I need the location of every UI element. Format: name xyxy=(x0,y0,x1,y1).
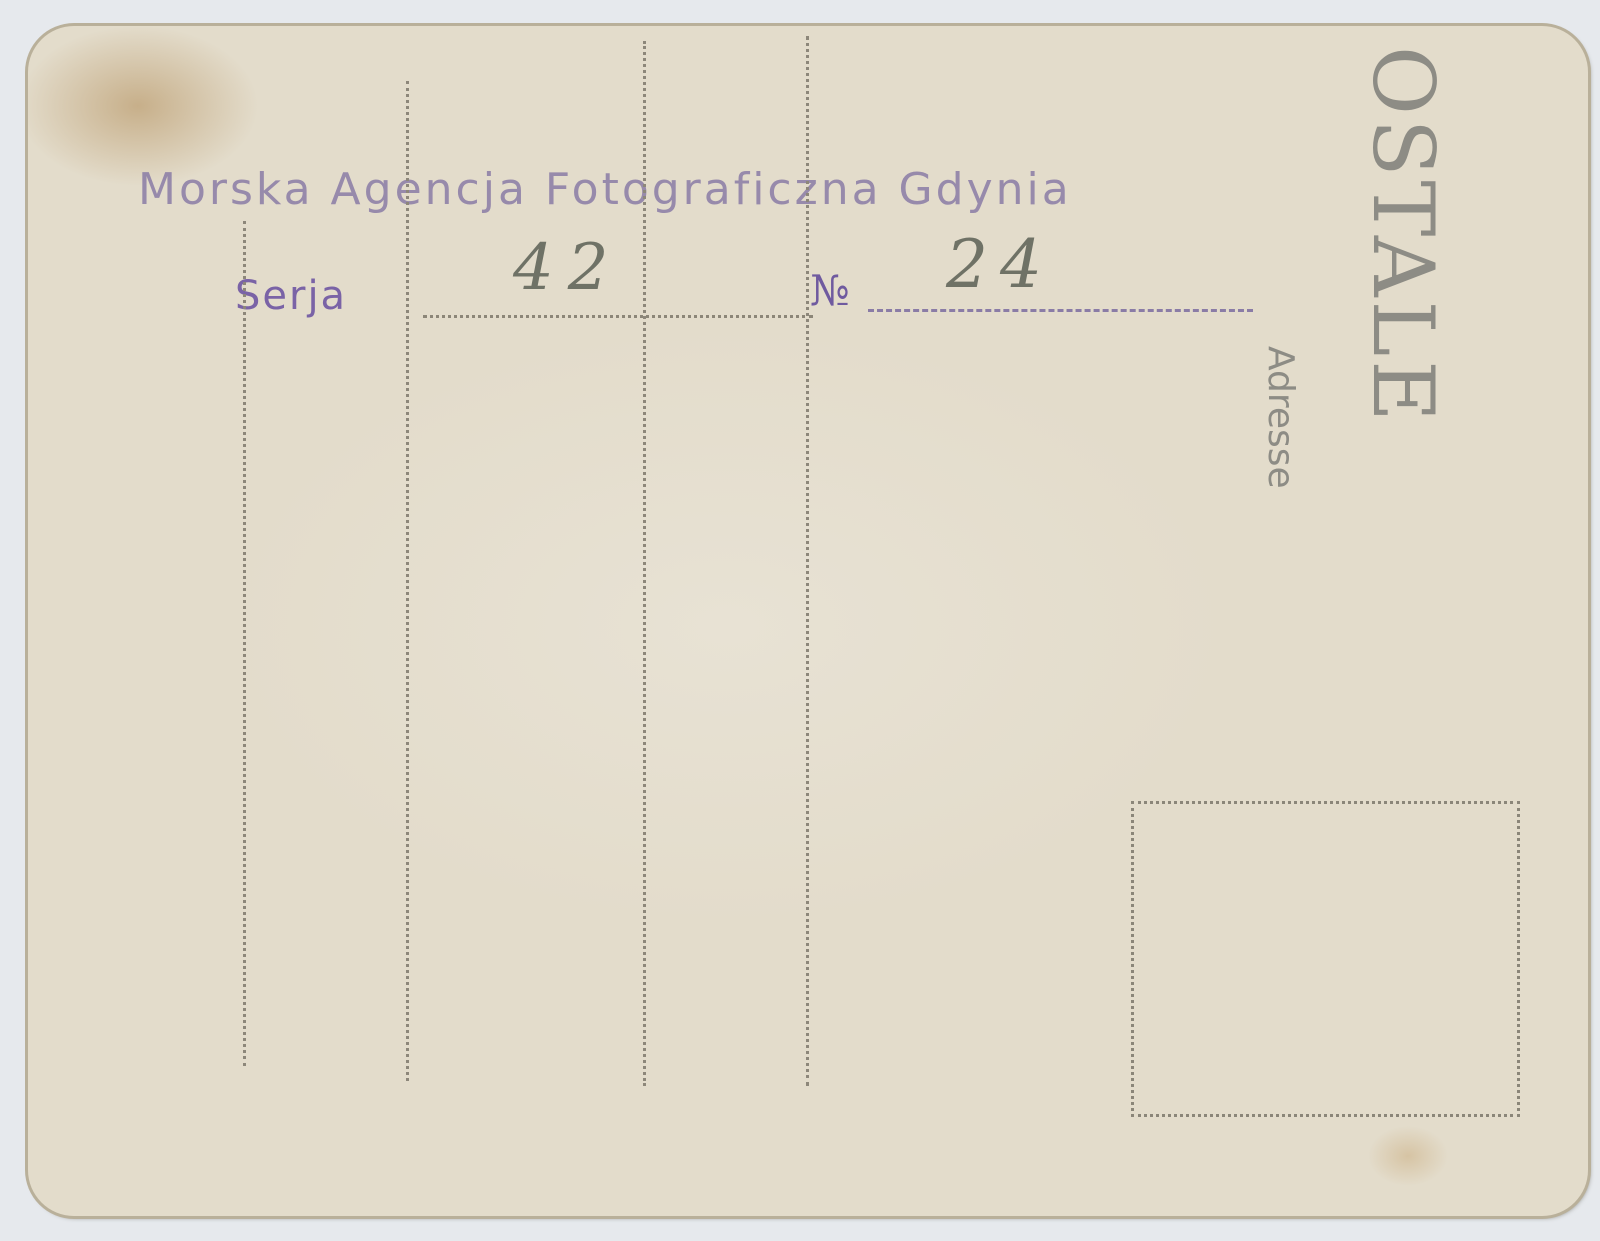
dotted-divider-4 xyxy=(806,36,809,1086)
series-dotted-line xyxy=(423,315,813,318)
postale-print: OSTALE xyxy=(1358,46,1448,466)
series-value: 42 xyxy=(513,231,622,305)
dotted-divider-2 xyxy=(406,81,409,1081)
address-label: Adresse xyxy=(1260,346,1301,556)
dotted-divider-1 xyxy=(243,221,246,1066)
dotted-divider-3 xyxy=(643,41,646,1086)
stamp-box xyxy=(1131,801,1520,1117)
number-label: № xyxy=(810,266,850,315)
publisher-stamp: Morska Agencja Fotograficzna Gdynia xyxy=(138,164,1072,215)
number-dashed-line xyxy=(868,309,1253,312)
series-label: Serja xyxy=(235,273,347,319)
postcard-back: Morska Agencja Fotograficzna Gdynia Serj… xyxy=(28,26,1588,1216)
number-value: 24 xyxy=(946,226,1054,303)
